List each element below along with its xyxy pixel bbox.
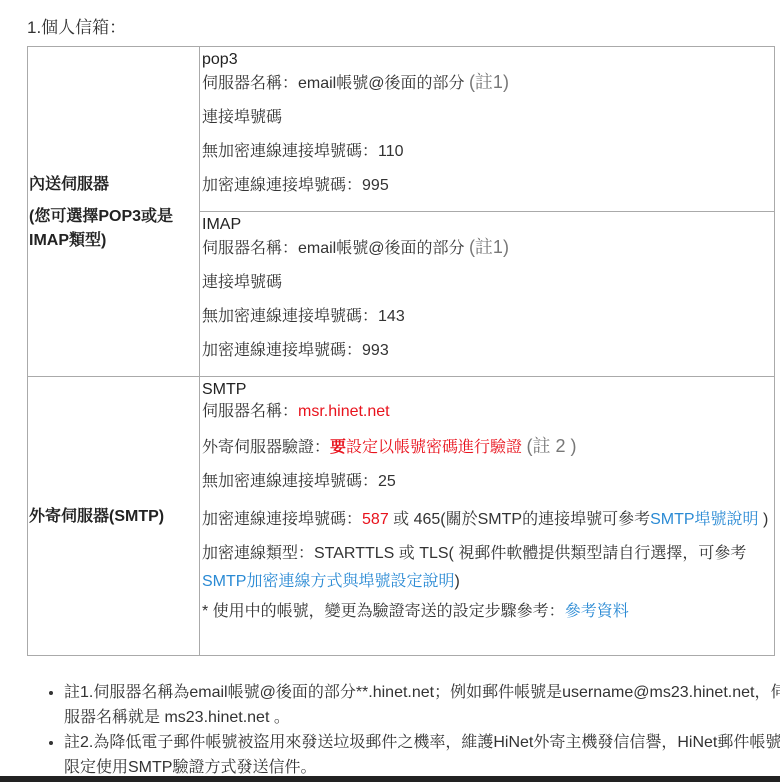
pop3-server-name: 伺服器名稱：email帳號@後面的部分 (註1) (202, 72, 774, 94)
incoming-pop3-row: 內送伺服器 (您可選擇POP3或是IMAP類型) pop3 伺服器名稱：emai… (28, 47, 775, 212)
footnote-2: 註2.為降低電子郵件帳號被盜用來發送垃圾郵件之機率，維護HiNet外寄主機發信信… (64, 730, 780, 780)
bottom-divider (0, 776, 780, 782)
pop3-port-heading: 連接埠號碼 (202, 108, 774, 128)
imap-plain-port: 無加密連線連接埠號碼：143 (202, 307, 774, 327)
smtp-encryption-type: 加密連線類型：STARTTLS 或 TLS( 視郵件軟體提供類型請自行選擇，可參… (202, 540, 774, 596)
smtp-cell: SMTP 伺服器名稱：msr.hinet.net 外寄伺服器驗證：要設定以帳號密… (200, 377, 775, 656)
smtp-auth: 外寄伺服器驗證：要設定以帳號密碼進行驗證 (註 2 ) (202, 436, 774, 458)
outgoing-smtp-row: 外寄伺服器(SMTP) SMTP 伺服器名稱：msr.hinet.net 外寄伺… (28, 377, 775, 656)
incoming-server-label: 內送伺服器 (您可選擇POP3或是IMAP類型) (28, 47, 200, 377)
incoming-label-note: (您可選擇POP3或是IMAP類型) (29, 205, 199, 253)
smtp-encryption-info-link[interactable]: SMTP加密連線方式與埠號設定說明 (202, 573, 454, 590)
footnotes-list: 註1.伺服器名稱為email帳號@後面的部分**.hinet.net；例如郵件帳… (46, 680, 780, 780)
smtp-steps-reference: * 使用中的帳號，變更為驗證寄送的設定步驟參考：參考資料 (202, 602, 774, 622)
footnote-ref-1: (註1) (469, 72, 509, 92)
pop3-plain-port: 無加密連線連接埠號碼：110 (202, 142, 774, 162)
outgoing-server-label: 外寄伺服器(SMTP) (28, 377, 200, 656)
smtp-plain-port: 無加密連線連接埠號碼：25 (202, 472, 774, 492)
smtp-server-name: 伺服器名稱：msr.hinet.net (202, 402, 774, 422)
footnote-ref-1: (註1) (469, 237, 509, 257)
mail-settings-table: 內送伺服器 (您可選擇POP3或是IMAP類型) pop3 伺服器名稱：emai… (27, 46, 775, 656)
imap-ssl-port: 加密連線連接埠號碼：993 (202, 341, 774, 361)
footnote-1: 註1.伺服器名稱為email帳號@後面的部分**.hinet.net；例如郵件帳… (64, 680, 780, 730)
smtp-ssl-port: 加密連線連接埠號碼：587 或 465(關於SMTP的連接埠號可參考SMTP埠號… (202, 506, 774, 534)
reference-link[interactable]: 參考資料 (565, 603, 629, 620)
smtp-port-info-link[interactable]: SMTP埠號說明 (650, 511, 758, 528)
imap-cell: IMAP 伺服器名稱：email帳號@後面的部分 (註1) 連接埠號碼 無加密連… (200, 212, 775, 377)
imap-title: IMAP (202, 214, 774, 235)
imap-port-heading: 連接埠號碼 (202, 273, 774, 293)
incoming-label-title: 內送伺服器 (29, 170, 199, 199)
pop3-cell: pop3 伺服器名稱：email帳號@後面的部分 (註1) 連接埠號碼 無加密連… (200, 47, 775, 212)
smtp-title: SMTP (202, 379, 774, 400)
section-heading: 1.個人信箱： (27, 13, 126, 38)
footnote-ref-2: (註 2 ) (527, 436, 577, 456)
pop3-title: pop3 (202, 49, 774, 70)
pop3-ssl-port: 加密連線連接埠號碼：995 (202, 176, 774, 196)
imap-server-name: 伺服器名稱：email帳號@後面的部分 (註1) (202, 237, 774, 259)
smtp-host: msr.hinet.net (298, 403, 390, 420)
